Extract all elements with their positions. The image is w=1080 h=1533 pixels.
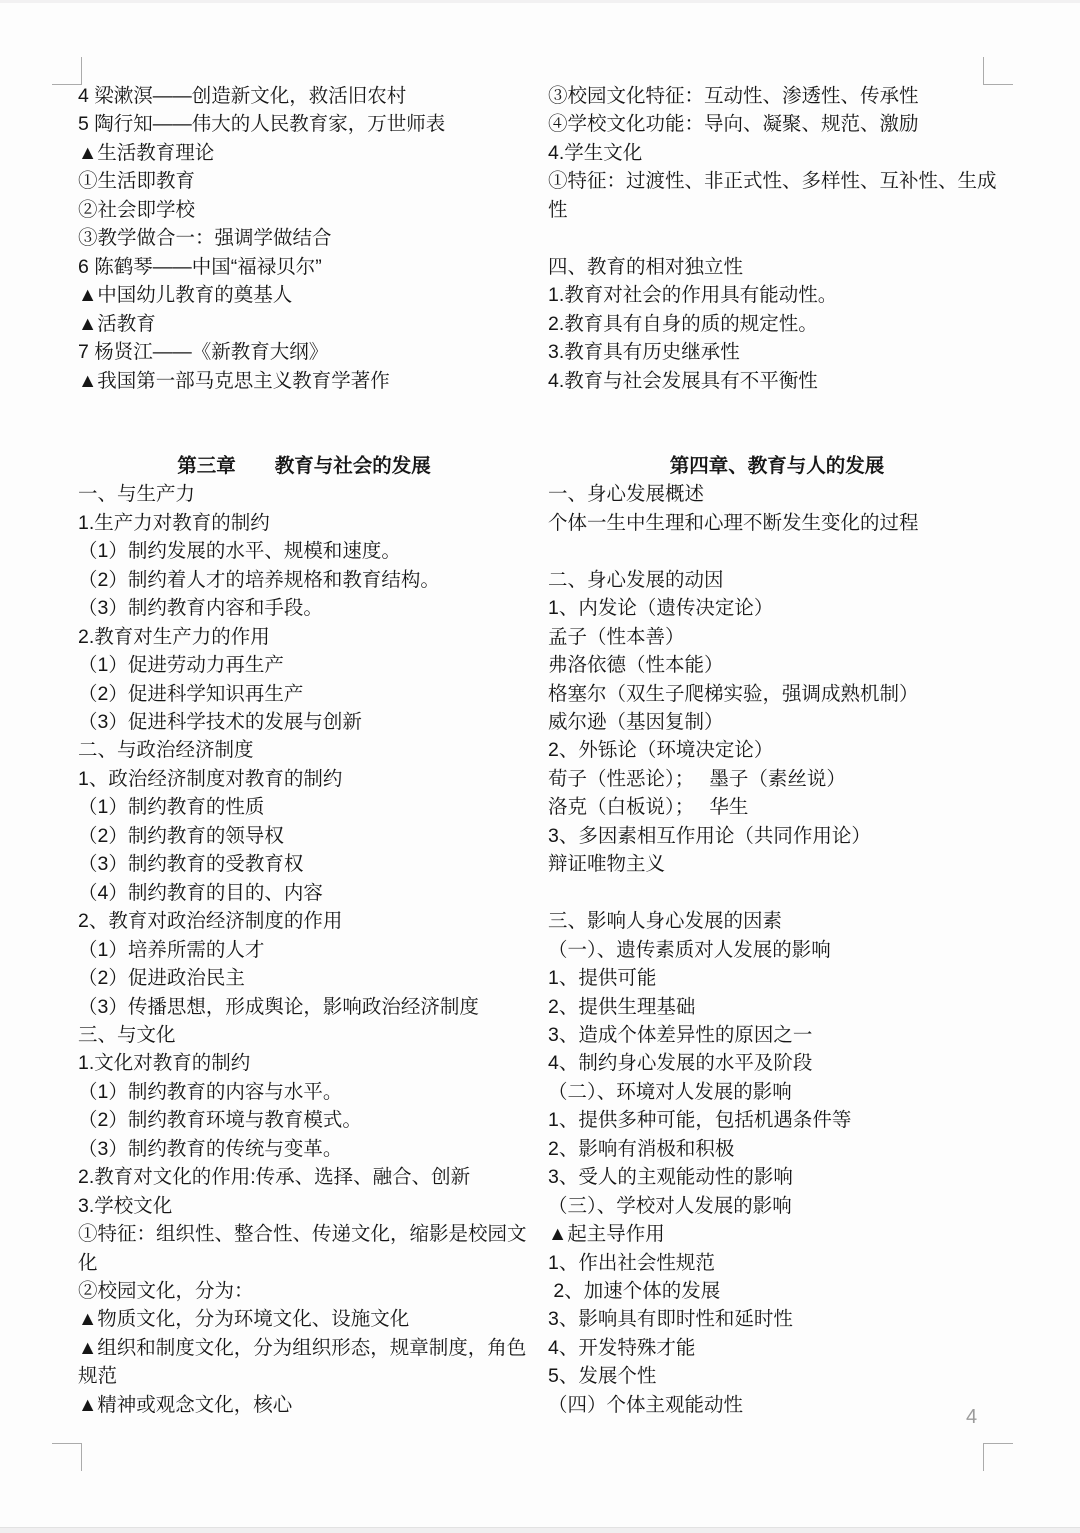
- text-line: ③教学做合一：强调学做结合: [78, 224, 530, 252]
- text-line: 3、多因素相互作用论（共同作用论）: [548, 822, 1006, 850]
- line-text: ▲起主导作用: [548, 1223, 665, 1245]
- text-line: 2、外铄论（环境决定论）: [548, 736, 1006, 764]
- text-line: 1.生产力对教育的制约: [78, 509, 530, 537]
- text-line: 1、政治经济制度对教育的制约: [78, 765, 530, 793]
- line-text: 7 杨贤江——《新教育大纲》: [78, 341, 328, 363]
- text-line: 辩证唯物主义: [548, 850, 1006, 878]
- page-bottom-edge: [0, 1527, 1080, 1533]
- text-line: （一）、遗传素质对人发展的影响: [548, 936, 1006, 964]
- text-line: 1、作出社会性规范: [548, 1249, 1006, 1277]
- text-line: 4、开发特殊才能: [548, 1334, 1006, 1362]
- text-line: （3）制约教育的受教育权: [78, 850, 530, 878]
- line-text: 威尔逊（基因复制）: [548, 711, 724, 733]
- line-text: 二、与政治经济制度: [78, 739, 254, 761]
- crop-mark-bottom-left: [52, 1443, 82, 1471]
- text-line: 二、身心发展的动因: [548, 566, 1006, 594]
- line-text: ▲中国幼儿教育的奠基人: [78, 284, 292, 306]
- right-column: ③校园文化特征：互动性、渗透性、传承性④学校文化功能：导向、凝聚、规范、激励4.…: [548, 82, 1006, 1419]
- text-line: 威尔逊（基因复制）: [548, 708, 1006, 736]
- line-text: 洛克（白板说）； 华生: [548, 796, 748, 818]
- text-line: （2）制约着人才的培养规格和教育结构。: [78, 566, 530, 594]
- text-line: 个体一生中生理和心理不断发生变化的过程: [548, 509, 1006, 537]
- text-line: 三、影响人身心发展的因素: [548, 907, 1006, 935]
- line-text: 第四章、教育与人的发展: [548, 452, 1006, 480]
- text-line: 5 陶行知——伟大的人民教育家，万世师表: [78, 110, 530, 138]
- text-line: （4）制约教育的目的、内容: [78, 879, 530, 907]
- line-text: 一、身心发展概述: [548, 483, 704, 505]
- line-text: [548, 882, 553, 904]
- crop-mark-bottom-right: [983, 1443, 1013, 1471]
- line-text: 4、制约身心发展的水平及阶段: [548, 1052, 812, 1074]
- line-text: （2）制约教育环境与教育模式。: [78, 1109, 362, 1131]
- line-text: 2、加速个体的发展: [548, 1280, 720, 1302]
- line-text: 格塞尔（双生子爬梯实验，强调成熟机制）: [548, 683, 919, 705]
- line-text: （2）促进政治民主: [78, 967, 245, 989]
- blank-line: [548, 879, 1006, 907]
- line-text: （3）传播思想，形成舆论，影响政治经济制度: [78, 996, 479, 1018]
- crop-mark-top-right: [983, 57, 1013, 85]
- line-text: 一、与生产力: [78, 483, 195, 505]
- text-line: 2、加速个体的发展: [548, 1277, 1006, 1305]
- text-line: 荀子（性恶论）； 墨子（素丝说）: [548, 765, 1006, 793]
- line-text: [78, 398, 83, 420]
- line-text: [548, 398, 553, 420]
- line-text: 3、造成个体差异性的原因之一: [548, 1024, 812, 1046]
- line-text: 2.教育具有自身的质的规定性。: [548, 313, 818, 335]
- text-line: 2、教育对政治经济制度的作用: [78, 907, 530, 935]
- line-text: 1、政治经济制度对教育的制约: [78, 768, 342, 790]
- line-text: 4.教育与社会发展具有不平衡性: [548, 370, 818, 392]
- text-line: （2）制约教育的领导权: [78, 822, 530, 850]
- line-text: ▲活教育: [78, 313, 156, 335]
- line-text: （1）促进劳动力再生产: [78, 654, 284, 676]
- text-line: （3）促进科学技术的发展与创新: [78, 708, 530, 736]
- text-line: （1）制约教育的内容与水平。: [78, 1078, 530, 1106]
- text-line: 4.学生文化: [548, 139, 1006, 167]
- text-line: 3、受人的主观能动性的影响: [548, 1163, 1006, 1191]
- text-line: ③校园文化特征：互动性、渗透性、传承性: [548, 82, 1006, 110]
- line-text: ②校园文化，分为：: [78, 1280, 254, 1302]
- line-text: ①特征：过渡性、非正式性、多样性、互补性、生成性: [548, 170, 997, 220]
- line-text: （3）制约教育的传统与变革。: [78, 1138, 342, 1160]
- line-text: （二）、环境对人发展的影响: [548, 1081, 792, 1103]
- text-line: 3、影响具有即时性和延时性: [548, 1305, 1006, 1333]
- text-line: 四、教育的相对独立性: [548, 253, 1006, 281]
- left-column: 4 梁漱溟——创造新文化，救活旧农村5 陶行知——伟大的人民教育家，万世师表▲生…: [78, 82, 530, 1419]
- line-text: （1）制约发展的水平、规模和速度。: [78, 540, 401, 562]
- blank-line: [548, 224, 1006, 252]
- line-text: （一）、遗传素质对人发展的影响: [548, 939, 831, 961]
- line-text: 三、与文化: [78, 1024, 176, 1046]
- text-line: ①特征：组织性、整合性、传递文化，缩影是校园文化: [78, 1220, 530, 1277]
- line-text: 2.教育对生产力的作用: [78, 626, 270, 648]
- chapter-heading: 第三章 教育与社会的发展: [78, 452, 530, 480]
- text-line: （2）促进政治民主: [78, 964, 530, 992]
- text-line: ▲我国第一部马克思主义教育学著作: [78, 367, 530, 395]
- text-line: 一、身心发展概述: [548, 480, 1006, 508]
- blank-line: [548, 423, 1006, 451]
- blank-line: [548, 537, 1006, 565]
- page-top-edge: [0, 0, 1080, 3]
- text-line: 3.学校文化: [78, 1192, 530, 1220]
- line-text: （3）制约教育的受教育权: [78, 853, 303, 875]
- text-line: （3）制约教育的传统与变革。: [78, 1135, 530, 1163]
- blank-line: [78, 395, 530, 423]
- text-line: ①特征：过渡性、非正式性、多样性、互补性、生成性: [548, 167, 1006, 224]
- text-line: ②校园文化，分为：: [78, 1277, 530, 1305]
- line-text: ③教学做合一：强调学做结合: [78, 227, 332, 249]
- line-text: ③校园文化特征：互动性、渗透性、传承性: [548, 85, 919, 107]
- text-line: ▲生活教育理论: [78, 139, 530, 167]
- line-text: 1、内发论（遗传决定论）: [548, 597, 773, 619]
- document-page: 4 梁漱溟——创造新文化，救活旧农村5 陶行知——伟大的人民教育家，万世师表▲生…: [0, 0, 1080, 1533]
- line-text: ▲组织和制度文化，分为组织形态，规章制度，角色规范: [78, 1337, 526, 1387]
- text-line: 3、造成个体差异性的原因之一: [548, 1021, 1006, 1049]
- blank-line: [548, 395, 1006, 423]
- crop-mark-top-left: [52, 57, 82, 85]
- line-text: 1.生产力对教育的制约: [78, 512, 270, 534]
- text-line: 4、制约身心发展的水平及阶段: [548, 1049, 1006, 1077]
- text-line: 7 杨贤江——《新教育大纲》: [78, 338, 530, 366]
- line-text: 孟子（性本善）: [548, 626, 685, 648]
- line-text: 第三章 教育与社会的发展: [78, 452, 530, 480]
- text-line: （3）制约教育内容和手段。: [78, 594, 530, 622]
- line-text: 5 陶行知——伟大的人民教育家，万世师表: [78, 113, 445, 135]
- line-text: 2、影响有消极和积极: [548, 1138, 734, 1160]
- text-line: 洛克（白板说）； 华生: [548, 793, 1006, 821]
- line-text: 个体一生中生理和心理不断发生变化的过程: [548, 512, 919, 534]
- line-text: 2、提供生理基础: [548, 996, 695, 1018]
- text-line: ▲活教育: [78, 310, 530, 338]
- line-text: 3、多因素相互作用论（共同作用论）: [548, 825, 871, 847]
- text-line: （三）、学校对人发展的影响: [548, 1192, 1006, 1220]
- line-text: [548, 227, 553, 249]
- text-line: 5、发展个性: [548, 1362, 1006, 1390]
- line-text: ▲精神或观念文化，核心: [78, 1394, 292, 1416]
- text-line: 3.教育具有历史继承性: [548, 338, 1006, 366]
- line-text: 四、教育的相对独立性: [548, 256, 743, 278]
- text-line: （1）培养所需的人才: [78, 936, 530, 964]
- text-line: ▲物质文化，分为环境文化、设施文化: [78, 1305, 530, 1333]
- line-text: 3.学校文化: [78, 1195, 172, 1217]
- line-text: 2、教育对政治经济制度的作用: [78, 910, 342, 932]
- text-line: ▲起主导作用: [548, 1220, 1006, 1248]
- text-line: ④学校文化功能：导向、凝聚、规范、激励: [548, 110, 1006, 138]
- line-text: ▲我国第一部马克思主义教育学著作: [78, 370, 390, 392]
- text-line: 2.教育具有自身的质的规定性。: [548, 310, 1006, 338]
- line-text: 1、提供可能: [548, 967, 656, 989]
- line-text: 1、作出社会性规范: [548, 1252, 715, 1274]
- text-line: ▲中国幼儿教育的奠基人: [78, 281, 530, 309]
- line-text: （1）培养所需的人才: [78, 939, 264, 961]
- text-line: （2）促进科学知识再生产: [78, 680, 530, 708]
- line-text: （3）制约教育内容和手段。: [78, 597, 323, 619]
- line-text: 3.教育具有历史继承性: [548, 341, 740, 363]
- text-line: （3）传播思想，形成舆论，影响政治经济制度: [78, 993, 530, 1021]
- line-text: （三）、学校对人发展的影响: [548, 1195, 792, 1217]
- line-text: 荀子（性恶论）； 墨子（素丝说）: [548, 768, 846, 790]
- line-text: 2、外铄论（环境决定论）: [548, 739, 773, 761]
- line-text: 三、影响人身心发展的因素: [548, 910, 782, 932]
- line-text: 6 陈鹤琴——中国“福禄贝尔”: [78, 256, 322, 278]
- line-text: 3、受人的主观能动性的影响: [548, 1166, 793, 1188]
- text-line: （四）个体主观能动性: [548, 1391, 1006, 1419]
- chapter-heading: 第四章、教育与人的发展: [548, 452, 1006, 480]
- text-line: 1、提供可能: [548, 964, 1006, 992]
- line-text: （4）制约教育的目的、内容: [78, 882, 323, 904]
- line-text: ▲生活教育理论: [78, 142, 214, 164]
- line-text: 1.教育对社会的作用具有能动性。: [548, 284, 837, 306]
- text-line: 孟子（性本善）: [548, 623, 1006, 651]
- text-line: 1.教育对社会的作用具有能动性。: [548, 281, 1006, 309]
- page-number: 4: [966, 1406, 977, 1429]
- text-line: （1）促进劳动力再生产: [78, 651, 530, 679]
- text-line: 2.教育对生产力的作用: [78, 623, 530, 651]
- line-text: ①生活即教育: [78, 170, 195, 192]
- line-text: ▲物质文化，分为环境文化、设施文化: [78, 1308, 409, 1330]
- line-text: 5、发展个性: [548, 1365, 656, 1387]
- text-line: 4 梁漱溟——创造新文化，救活旧农村: [78, 82, 530, 110]
- line-text: 4.学生文化: [548, 142, 642, 164]
- line-text: 辩证唯物主义: [548, 853, 665, 875]
- line-text: （2）制约着人才的培养规格和教育结构。: [78, 569, 440, 591]
- line-text: 1、提供多种可能，包括机遇条件等: [548, 1109, 851, 1131]
- line-text: 二、身心发展的动因: [548, 569, 724, 591]
- line-text: （3）促进科学技术的发展与创新: [78, 711, 362, 733]
- line-text: ②社会即学校: [78, 199, 195, 221]
- line-text: [78, 426, 83, 448]
- text-line: 2、影响有消极和积极: [548, 1135, 1006, 1163]
- line-text: 4 梁漱溟——创造新文化，救活旧农村: [78, 85, 406, 107]
- text-line: （1）制约教育的性质: [78, 793, 530, 821]
- line-text: （1）制约教育的性质: [78, 796, 264, 818]
- text-line: ▲组织和制度文化，分为组织形态，规章制度，角色规范: [78, 1334, 530, 1391]
- line-text: （四）个体主观能动性: [548, 1394, 743, 1416]
- text-line: （2）制约教育环境与教育模式。: [78, 1106, 530, 1134]
- line-text: [548, 426, 553, 448]
- text-line: 1、内发论（遗传决定论）: [548, 594, 1006, 622]
- text-line: ②社会即学校: [78, 196, 530, 224]
- line-text: 4、开发特殊才能: [548, 1337, 695, 1359]
- text-line: 6 陈鹤琴——中国“福禄贝尔”: [78, 253, 530, 281]
- text-line: （二）、环境对人发展的影响: [548, 1078, 1006, 1106]
- text-line: 二、与政治经济制度: [78, 736, 530, 764]
- line-text: 1.文化对教育的制约: [78, 1052, 250, 1074]
- text-line: （1）制约发展的水平、规模和速度。: [78, 537, 530, 565]
- line-text: （2）制约教育的领导权: [78, 825, 284, 847]
- line-text: 弗洛依德（性本能）: [548, 654, 724, 676]
- text-line: 1.文化对教育的制约: [78, 1049, 530, 1077]
- text-line: 4.教育与社会发展具有不平衡性: [548, 367, 1006, 395]
- blank-line: [78, 423, 530, 451]
- line-text: ④学校文化功能：导向、凝聚、规范、激励: [548, 113, 919, 135]
- text-line: ①生活即教育: [78, 167, 530, 195]
- line-text: ①特征：组织性、整合性、传递文化，缩影是校园文化: [78, 1223, 527, 1273]
- text-line: 2、提供生理基础: [548, 993, 1006, 1021]
- text-line: 2.教育对文化的作用:传承、选择、融合、创新: [78, 1163, 530, 1191]
- line-text: 2.教育对文化的作用:传承、选择、融合、创新: [78, 1166, 470, 1188]
- text-line: 三、与文化: [78, 1021, 530, 1049]
- line-text: 3、影响具有即时性和延时性: [548, 1308, 793, 1330]
- text-line: 弗洛依德（性本能）: [548, 651, 1006, 679]
- text-line: 1、提供多种可能，包括机遇条件等: [548, 1106, 1006, 1134]
- line-text: （2）促进科学知识再生产: [78, 683, 303, 705]
- text-line: ▲精神或观念文化，核心: [78, 1391, 530, 1419]
- line-text: [548, 540, 553, 562]
- line-text: （1）制约教育的内容与水平。: [78, 1081, 342, 1103]
- text-line: 一、与生产力: [78, 480, 530, 508]
- text-line: 格塞尔（双生子爬梯实验，强调成熟机制）: [548, 680, 1006, 708]
